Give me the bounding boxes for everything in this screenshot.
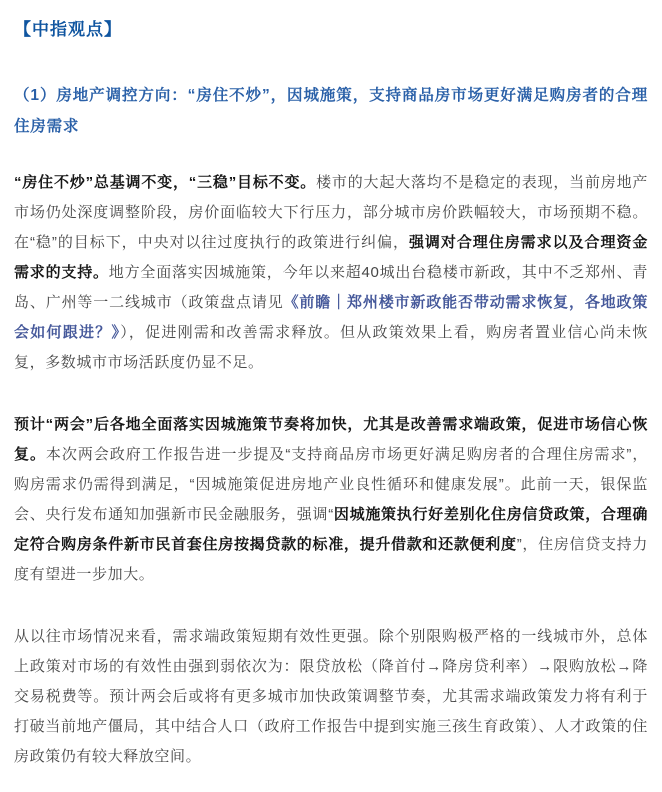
paragraph: “房住不炒”总基调不变，“三稳”目标不变。楼市的大起大落均不是稳定的表现，当前房…	[14, 168, 648, 378]
text-segment: 从以往市场情况来看，需求端政策短期有效性更强。除个别限购极严格的一线城市外，总体…	[14, 628, 648, 765]
article-page: 【中指观点】 （1）房地产调控方向：“房住不炒”，因城施策，支持商品房市场更好满…	[0, 0, 662, 792]
paragraph: 预计“两会”后各地全面落实因城施策节奏将加快，尤其是改善需求端政策，促进市场信心…	[14, 410, 648, 590]
paragraph: 从以往市场情况来看，需求端政策短期有效性更强。除个别限购极严格的一线城市外，总体…	[14, 622, 648, 772]
page-title: 【中指观点】	[14, 18, 648, 42]
text-segment-bold: “房住不炒”总基调不变，“三稳”目标不变。	[14, 174, 316, 191]
section-heading: （1）房地产调控方向：“房住不炒”，因城施策，支持商品房市场更好满足购房者的合理…	[14, 80, 648, 142]
